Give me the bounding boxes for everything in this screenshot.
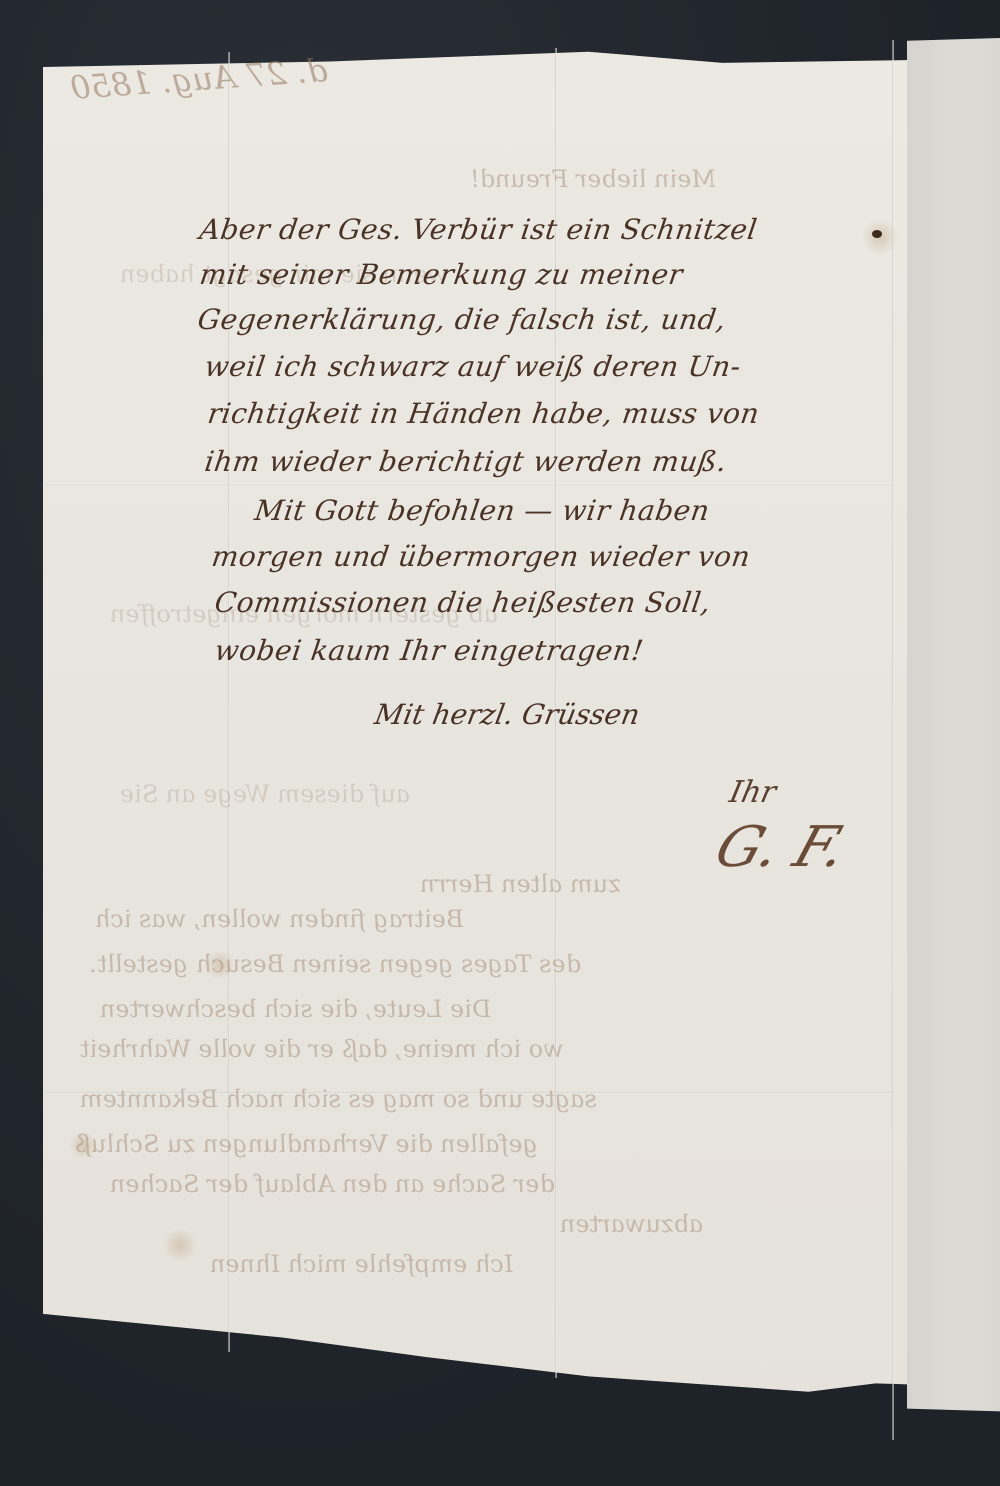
water-stain (205, 950, 235, 980)
bleed-line: sagte und so mag es sich nach Bekanntem (78, 1085, 599, 1113)
bleed-line: abzuwarten (558, 1210, 705, 1238)
letter-line-8: morgen und übermorgen wieder von (210, 540, 753, 573)
water-stain (70, 1130, 96, 1160)
bleed-line-faint: auf diesem Wege an Sie (118, 780, 412, 808)
bleed-line: gefallen die Verhandlungen zu Schluß (73, 1130, 540, 1158)
bleed-line: zum alten Herrn (418, 870, 623, 898)
letter-line-1: Aber der Ges. Verbür ist ein Schnitzel (198, 213, 760, 246)
bleed-line: Ich empfehle mich Ihnen (208, 1250, 515, 1278)
bleed-line: Beitrag finden wollen, was ich (93, 905, 466, 933)
bleed-line: der Sache an den Ablauf der Sachen (108, 1170, 557, 1198)
letter-line-5: richtigkeit in Händen habe, muss von (206, 397, 762, 430)
fold-crease-horizontal-upper (45, 485, 895, 487)
letter-line-2: mit seiner Bemerkung zu meiner (198, 258, 685, 291)
letter-line-7: Mit Gott befohlen — wir haben (253, 494, 712, 527)
letter-paper (43, 42, 1000, 1432)
folded-paper-flap (907, 38, 1000, 1438)
signature-line-1: Ihr (726, 775, 779, 810)
letter-line-4: weil ich schwarz auf weiß deren Un- (203, 350, 743, 383)
bleed-line: Mein lieber Freund! (468, 165, 718, 193)
letter-closing: Mit herzl. Grüssen (372, 698, 642, 731)
letter-line-3: Gegenerklärung, die falsch ist, und, (196, 303, 728, 336)
bleed-line: des Tages gegen seinen Besuch gestellt. (88, 950, 583, 978)
signature-initials: G. F. (707, 815, 854, 880)
water-stain (160, 1230, 200, 1260)
bleed-line: wo ich meine, daß er die volle Wahrheit (78, 1035, 566, 1063)
letter-line-9: Commissionen die heißesten Soll, (213, 586, 713, 619)
letter-line-10: wobei kaum Ihr eingetragen! (213, 634, 646, 667)
bleed-line: Die Leute, die sich beschwerten (98, 995, 493, 1023)
ink-blot (872, 230, 882, 238)
letter-line-6: ihm wieder berichtigt werden muß. (203, 445, 729, 478)
